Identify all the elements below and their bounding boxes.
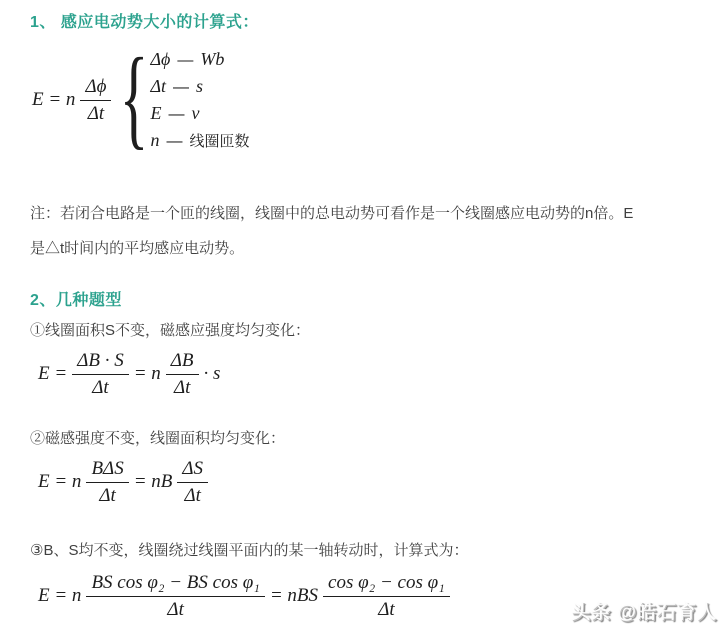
legend-dash: — — [168, 101, 184, 128]
fraction-dphi-dt: Δϕ Δt — [80, 76, 111, 125]
fraction-numerator: ΔB — [166, 350, 199, 375]
fraction-denominator: Δt — [174, 375, 190, 399]
legend-row-flux: Δϕ — Wb — [150, 46, 249, 73]
fraction-cos-diff-full: BS cos φ₂ − BS cos φ₁ Δt — [86, 572, 264, 621]
formula-term: E = n — [38, 471, 81, 493]
legend-symbol: Δϕ — [150, 46, 170, 73]
legend-symbol: n — [150, 127, 159, 154]
legend-meaning: 线圈匝数 — [189, 128, 249, 155]
fraction-denominator: Δt — [88, 101, 104, 125]
article-body: 1、 感应电动势大小的计算式： E = n Δϕ Δt { Δϕ — Wb Δt… — [0, 0, 727, 622]
formula-emf-definition: E = n Δϕ Δt { Δϕ — Wb Δt — s E — v n — [32, 44, 700, 156]
note-line-1: 注：若闭合电路是一个匝的线圈，线圈中的总电动势可看作是一个线圈感应电动势的n倍。… — [30, 196, 700, 231]
fraction-numerator: cos φ₂ − cos φ₁ — [323, 572, 450, 597]
note-line-2: 是△t时间内的平均感应电动势。 — [30, 231, 700, 266]
section2-heading: 2、几种题型 — [30, 290, 700, 312]
fraction-numerator: BΔS — [86, 458, 128, 483]
legend-dash: — — [177, 47, 193, 74]
fraction-denominator: Δt — [167, 597, 183, 621]
formula-area-constant: E = ΔB · S Δt = n ΔB Δt · s — [38, 348, 700, 400]
legend-meaning: Wb — [200, 46, 224, 73]
fraction-numerator: Δϕ — [80, 76, 111, 101]
symbol-legend: Δϕ — Wb Δt — s E — v n — 线圈匝数 — [150, 46, 249, 154]
fraction-numerator: BS cos φ₂ − BS cos φ₁ — [86, 572, 264, 597]
toutiao-watermark: 头条 @皓石育人 — [571, 597, 717, 624]
legend-dash: — — [173, 74, 189, 101]
fraction-ds-dt: ΔS Δt — [177, 458, 208, 507]
formula-term: = n — [134, 363, 161, 385]
legend-meaning: v — [191, 100, 199, 127]
legend-dash: — — [166, 128, 182, 155]
item2-label: ②磁感强度不变，线圈面积均匀变化： — [30, 428, 700, 450]
legend-meaning: s — [196, 73, 203, 100]
legend-row-turns: n — 线圈匝数 — [150, 127, 249, 154]
formula-term: = nB — [134, 471, 173, 493]
legend-symbol: E — [150, 100, 161, 127]
fraction-denominator: Δt — [92, 375, 108, 399]
left-brace-symbol: { — [120, 48, 149, 149]
formula-term: E = n — [38, 585, 81, 607]
formula-term: · s — [204, 363, 221, 385]
fraction-denominator: Δt — [185, 483, 201, 507]
formula-lhs: E = n — [32, 89, 75, 111]
fraction-denominator: Δt — [99, 483, 115, 507]
formula-term: = nBS — [270, 585, 318, 607]
fraction-numerator: ΔS — [177, 458, 208, 483]
formula-field-constant: E = n BΔS Δt = nB ΔS Δt — [38, 456, 700, 508]
fraction-bds-dt: BΔS Δt — [86, 458, 128, 507]
legend-row-time: Δt — s — [150, 73, 249, 100]
fraction-denominator: Δt — [378, 597, 394, 621]
note-paragraph: 注：若闭合电路是一个匝的线圈，线圈中的总电动势可看作是一个线圈感应电动势的n倍。… — [30, 196, 700, 266]
item1-label: ①线圈面积S不变，磁感应强度均匀变化： — [30, 320, 700, 342]
section1-heading: 1、 感应电动势大小的计算式： — [30, 12, 700, 34]
fraction-dbs-dt: ΔB · S Δt — [72, 350, 129, 399]
legend-row-emf: E — v — [150, 100, 249, 127]
fraction-db-dt: ΔB Δt — [166, 350, 199, 399]
item3-label: ③B、S均不变，线圈绕过线圈平面内的某一轴转动时，计算式为： — [30, 540, 700, 562]
formula-term: E = — [38, 363, 67, 385]
fraction-numerator: ΔB · S — [72, 350, 129, 375]
fraction-cos-diff: cos φ₂ − cos φ₁ Δt — [323, 572, 450, 621]
legend-symbol: Δt — [150, 73, 166, 100]
